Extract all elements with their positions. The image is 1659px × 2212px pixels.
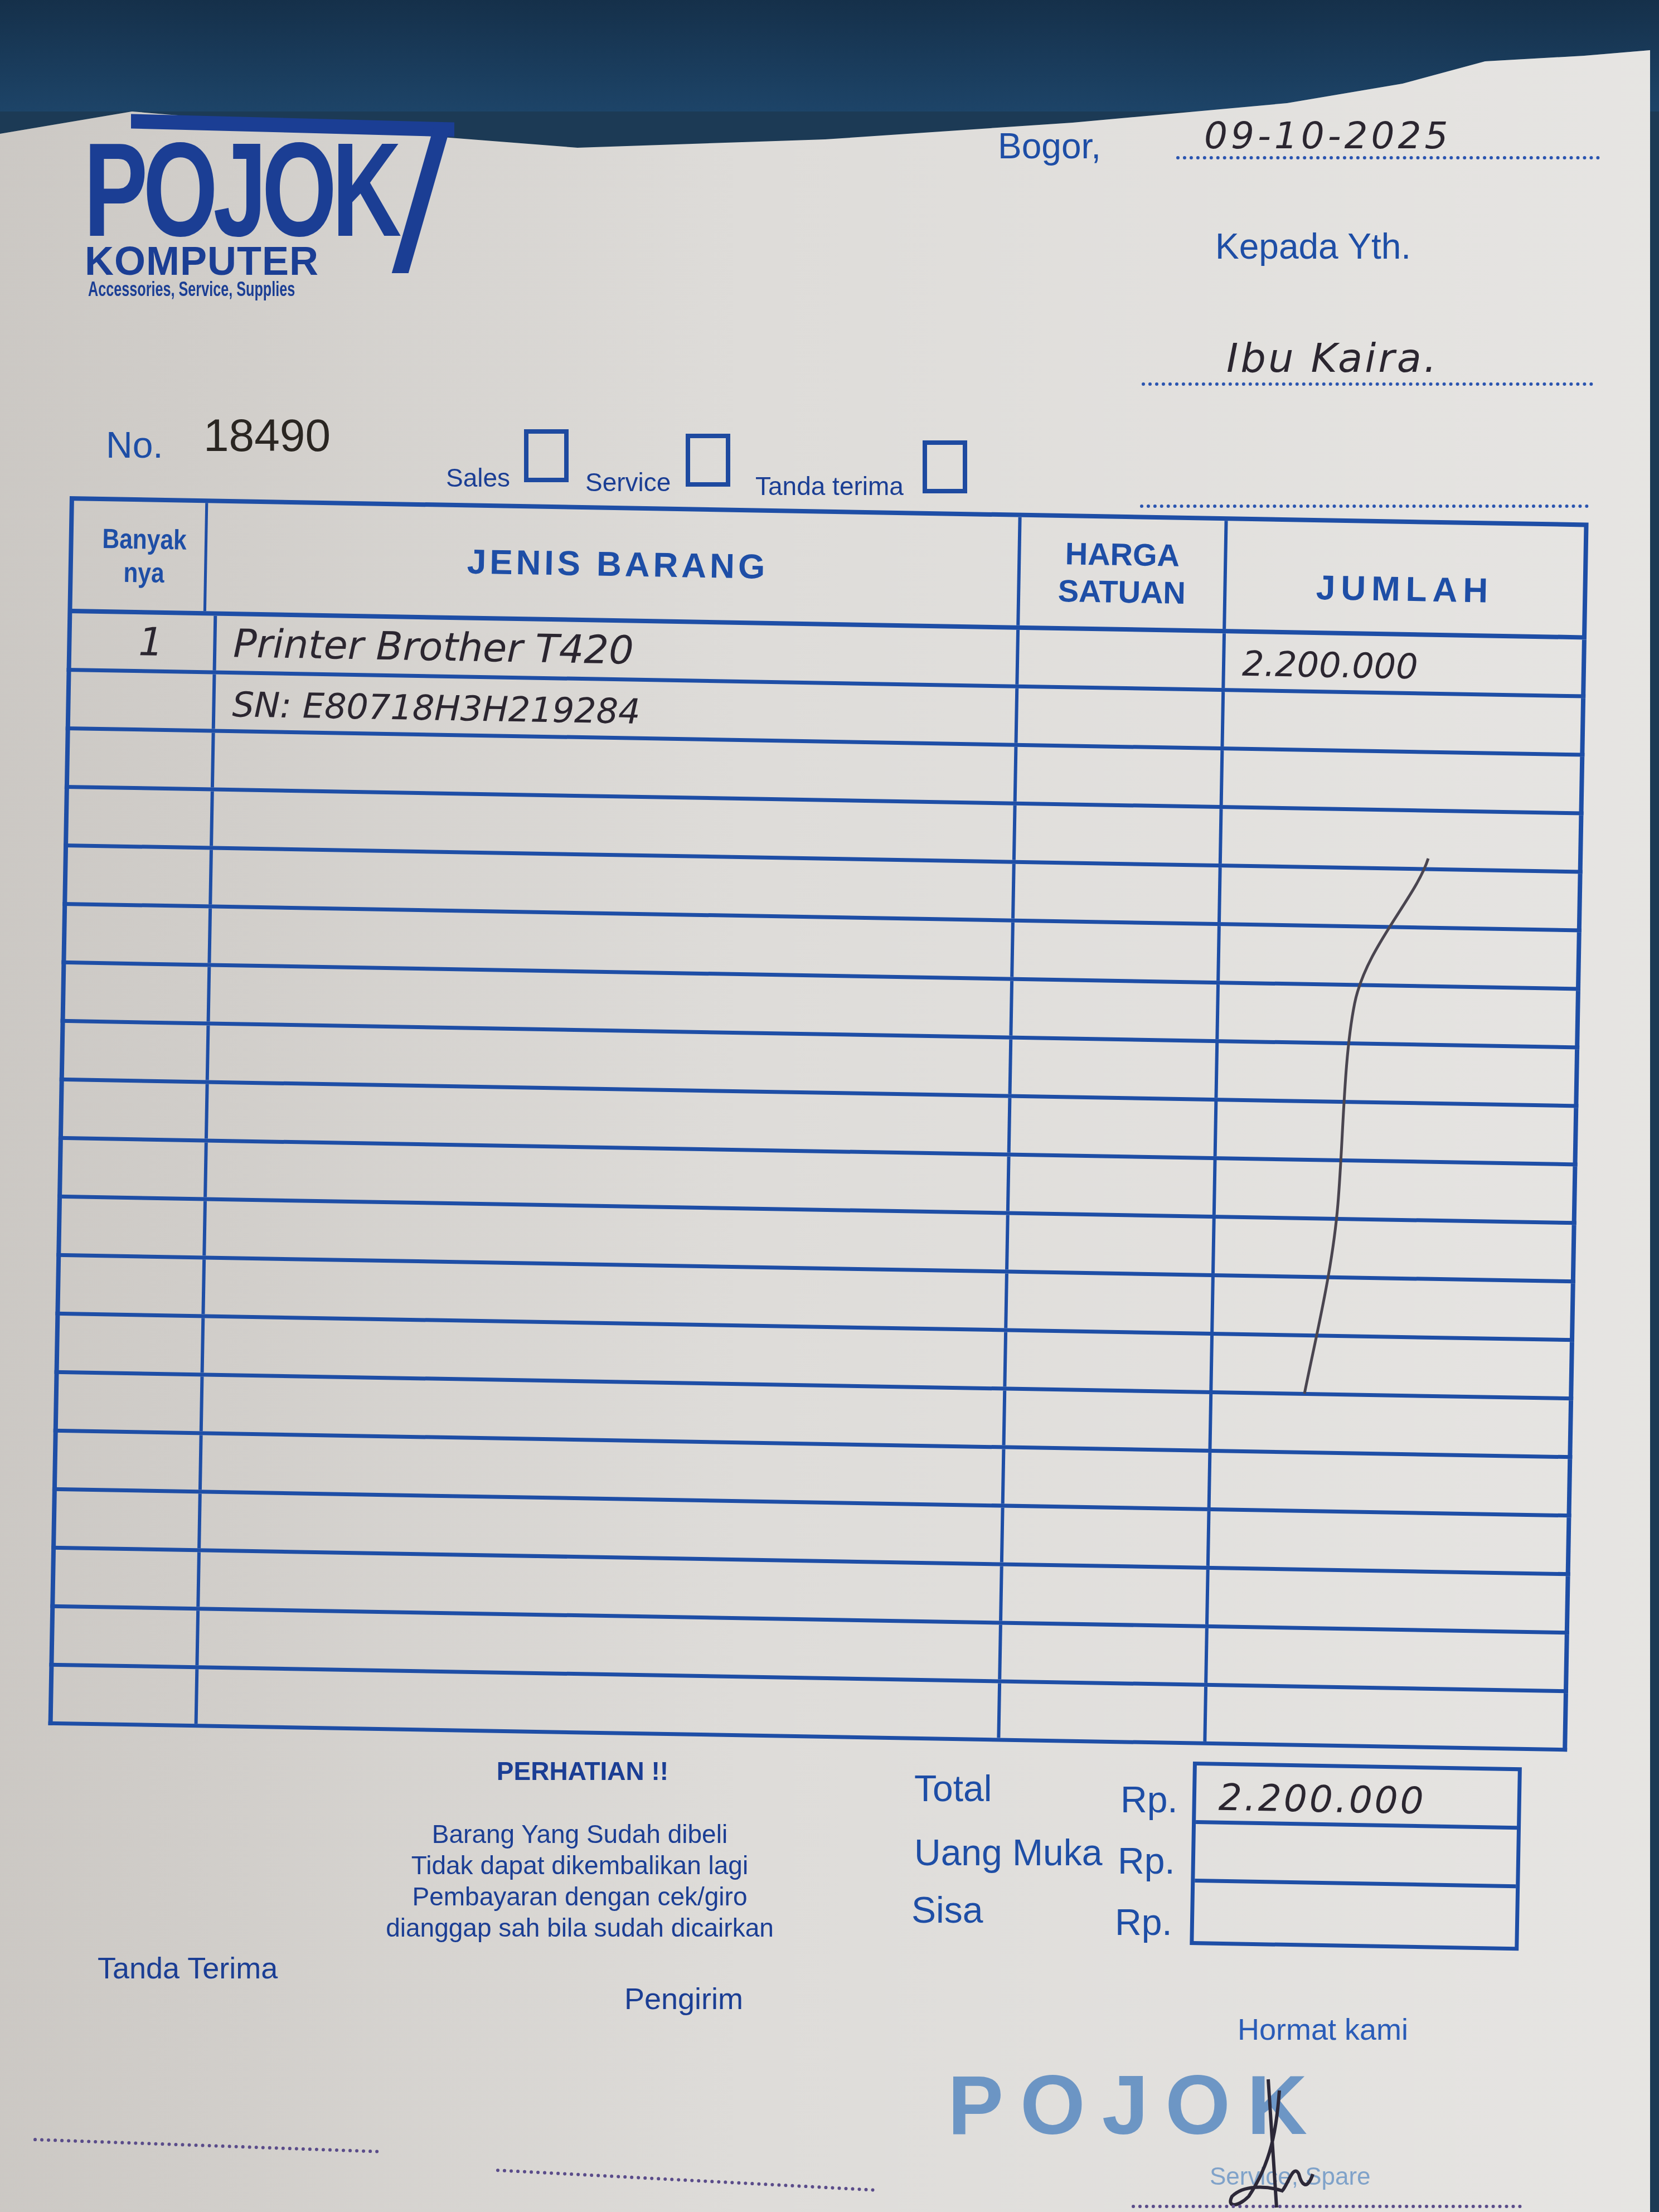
unit-price-cell[interactable] [1010, 1157, 1217, 1215]
receipt-number: 18490 [203, 410, 331, 462]
unit-price-cell[interactable] [1006, 1332, 1214, 1390]
amount-cell[interactable] [1211, 1453, 1568, 1514]
recipient-field[interactable]: Ibu Kaira. [1226, 334, 1439, 381]
quantity-cell[interactable] [54, 1608, 200, 1666]
unit-price-cell[interactable] [1001, 1625, 1209, 1683]
number-label: No. [106, 424, 163, 466]
amount-cell[interactable] [1224, 692, 1581, 753]
unit-price-cell[interactable] [1017, 747, 1224, 805]
quantity-cell[interactable] [68, 789, 214, 846]
quantity-cell[interactable] [57, 1433, 203, 1490]
date-field[interactable]: 09-10-2025 [1204, 114, 1452, 157]
unit-price-cell[interactable] [1003, 1508, 1211, 1566]
unit-price-cell[interactable] [1007, 1274, 1215, 1332]
unit-price-cell[interactable] [1006, 1391, 1213, 1449]
balance-currency: Rp. [1115, 1901, 1172, 1943]
header-item-type: JENIS BARANG [217, 503, 1021, 625]
sender-label: Pengirim [624, 1982, 743, 2016]
option-service-label: Service [585, 467, 671, 497]
unit-price-cell[interactable] [1012, 1040, 1219, 1098]
quantity-cell[interactable] [62, 1140, 208, 1197]
header-amount: JUMLAH [1226, 521, 1584, 635]
down-payment-label: Uang Muka [914, 1831, 1103, 1874]
city-label: Bogor, [998, 125, 1101, 167]
balance-label: Sisa [911, 1889, 983, 1931]
unit-price-cell[interactable] [1002, 1566, 1210, 1624]
total-value-field[interactable]: 2.200.000 [1196, 1765, 1518, 1830]
company-tagline: Accessories, Service, Supplies [88, 278, 295, 301]
amount-cell[interactable] [1207, 1628, 1565, 1689]
quantity-cell[interactable] [55, 1550, 201, 1607]
service-checkbox[interactable] [686, 434, 730, 487]
quantity-cell[interactable] [66, 906, 212, 963]
logo-main-text: POJOK [84, 123, 397, 256]
pen-stroke-mark [1282, 847, 1449, 1416]
option-sales-label: Sales [446, 463, 510, 493]
recipient-address-dotted-line [1140, 505, 1589, 508]
sales-checkbox[interactable] [524, 429, 569, 482]
amount-cell[interactable] [1210, 1511, 1567, 1572]
notice-title: PERHATIAN !! [318, 1756, 847, 1786]
total-currency: Rp. [1120, 1778, 1178, 1821]
summary-values-box: 2.200.000 [1190, 1762, 1522, 1951]
down-payment-currency: Rp. [1118, 1840, 1175, 1882]
notice-text: Barang Yang Sudah dibeli Tidak dapat dik… [312, 1818, 847, 1943]
quantity-cell[interactable] [60, 1257, 206, 1314]
to-label: Kepada Yth. [1215, 226, 1411, 267]
quantity-cell[interactable] [63, 1081, 209, 1139]
amount-cell[interactable]: 2.200.000 [1225, 633, 1582, 694]
regards-signature-line[interactable] [1132, 2205, 1522, 2208]
quantity-cell[interactable] [67, 847, 213, 905]
notice-block: PERHATIAN !! Barang Yang Sudah dibeli Ti… [401, 1756, 847, 1943]
quantity-cell[interactable] [59, 1316, 205, 1373]
unit-price-cell[interactable] [1016, 806, 1223, 864]
quantity-cell[interactable] [61, 1199, 207, 1256]
balance-value-field[interactable] [1194, 1883, 1516, 1947]
unit-price-cell[interactable] [1018, 688, 1225, 746]
quantity-cell[interactable] [70, 672, 216, 729]
quantity-cell[interactable] [64, 1023, 210, 1080]
down-payment-value-field[interactable] [1195, 1824, 1517, 1888]
total-label: Total [914, 1767, 992, 1810]
header-quantity: Banyak nya [83, 501, 208, 611]
unit-price-cell[interactable] [1013, 923, 1221, 981]
header-unit-price: HARGA SATUAN [1020, 517, 1228, 629]
unit-price-cell[interactable] [1015, 864, 1222, 922]
signature-scribble [1215, 2074, 1360, 2212]
amount-cell[interactable] [1206, 1687, 1564, 1748]
quantity-cell[interactable] [65, 964, 211, 1022]
quantity-cell[interactable] [56, 1491, 202, 1549]
unit-price-cell[interactable] [1012, 981, 1220, 1039]
quantity-cell[interactable] [69, 730, 215, 788]
receiver-label: Tanda Terima [98, 1951, 278, 1986]
unit-price-cell[interactable] [1018, 630, 1226, 688]
unit-price-cell[interactable] [1005, 1449, 1212, 1507]
date-dotted-line [1176, 156, 1600, 159]
quantity-cell[interactable]: 1 [71, 613, 217, 671]
quantity-cell[interactable] [58, 1374, 204, 1432]
recipient-dotted-line [1142, 382, 1593, 386]
unit-price-cell[interactable] [1008, 1215, 1216, 1273]
tanda-terima-checkbox[interactable] [923, 440, 967, 493]
option-tanda-terima-label: Tanda terima [755, 471, 904, 501]
unit-price-cell[interactable] [1000, 1683, 1207, 1741]
amount-cell[interactable] [1209, 1570, 1566, 1631]
quantity-cell[interactable] [53, 1667, 199, 1724]
unit-price-cell[interactable] [1011, 1098, 1218, 1156]
regards-label: Hormat kami [1238, 2012, 1408, 2047]
amount-cell[interactable] [1223, 750, 1580, 811]
